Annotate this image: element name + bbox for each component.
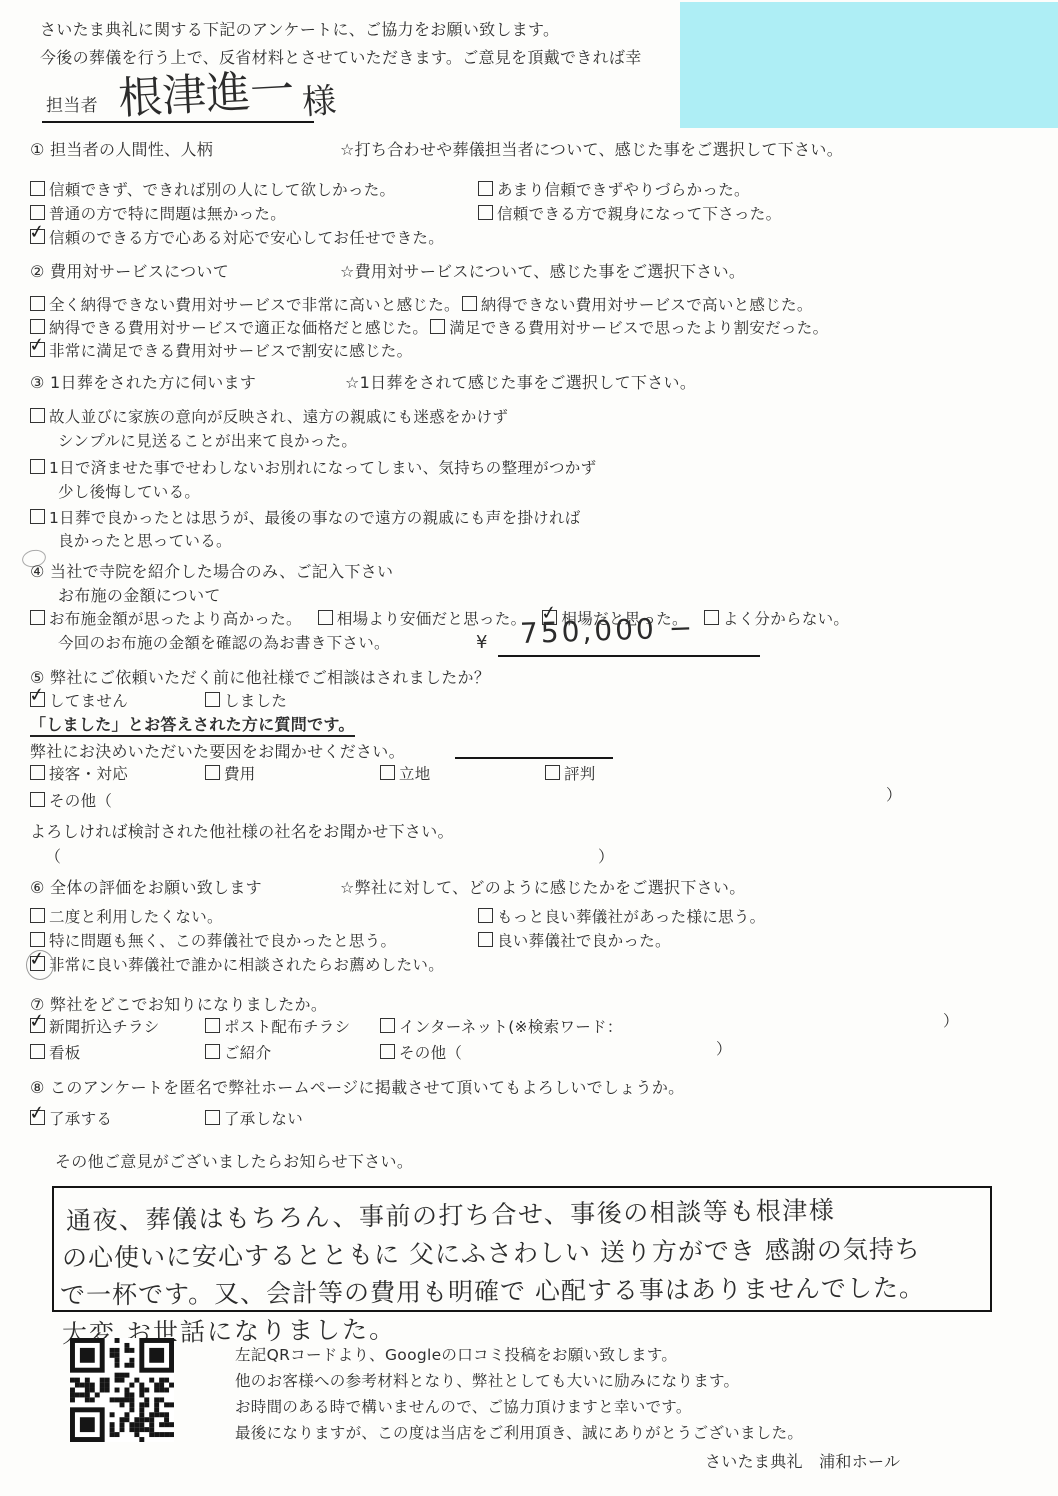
q3-title: 1日葬をされた方に伺います bbox=[50, 373, 256, 392]
checkbox-q3-opt2[interactable] bbox=[30, 459, 45, 474]
checkbox-q7-opt2[interactable] bbox=[205, 1018, 220, 1033]
checkbox-q8-no[interactable] bbox=[205, 1110, 220, 1125]
footer-line-2: 他のお客様への参考材料となり、弊社としても大いに励みになります。 bbox=[235, 1372, 739, 1391]
checkbox-q7-opt1-checked[interactable] bbox=[30, 1018, 45, 1033]
q6-instruction: ☆弊社に対して、どのように感じたかをご選択下さい。 bbox=[340, 878, 746, 897]
q5-company-label: よろしければ検討された他社様の社名をお聞かせ下さい。 bbox=[30, 822, 454, 841]
q6-option-2: もっと良い葬儀社があった様に思う。 bbox=[478, 908, 765, 927]
q5-reason-1: 接客・対応 bbox=[30, 765, 128, 784]
option-label: 普通の方で特に問題は無かった。 bbox=[49, 205, 286, 223]
checkbox-q4-opt2[interactable] bbox=[318, 610, 333, 625]
q3-option-1-line-2: シンプルに見送ることが出来て良かった。 bbox=[58, 432, 357, 451]
q4-number: ④ bbox=[30, 562, 45, 581]
q5-company-close-paren: ） bbox=[598, 847, 614, 866]
checkbox-q5-reason1[interactable] bbox=[30, 765, 45, 780]
checkbox-q1-opt4[interactable] bbox=[478, 205, 493, 220]
q2-options-row-1: 全く納得できない費用対サービスで非常に高いと感じた。納得できない費用対サービスで… bbox=[30, 296, 813, 315]
q8-option-yes: 了承する bbox=[30, 1110, 112, 1129]
q6-option-4: 良い葬儀社で良かった。 bbox=[478, 932, 671, 951]
option-label: 信頼できる方で親身になって下さった。 bbox=[497, 205, 781, 223]
q5-reason-3: 立地 bbox=[380, 765, 431, 784]
manager-label: 担当者 bbox=[46, 96, 98, 116]
free-comment-prompt: その他ご意見がございましたらお知らせ下さい。 bbox=[55, 1152, 413, 1171]
intro-line-1: さいたま典礼に関する下記のアンケートに、ご協力をお願い致します。 bbox=[40, 20, 559, 39]
checkbox-q5-no-checked[interactable] bbox=[30, 692, 45, 707]
checkbox-q6-opt3[interactable] bbox=[30, 932, 45, 947]
checkbox-q2-opt5-checked[interactable] bbox=[30, 342, 45, 357]
q3-option-3-line-2: 良かったと思っている。 bbox=[58, 532, 232, 551]
q8-number: ⑧ bbox=[30, 1078, 45, 1097]
q5-reason-2: 費用 bbox=[205, 765, 256, 784]
checkbox-q5-other[interactable] bbox=[30, 792, 45, 807]
checkbox-q2-opt2[interactable] bbox=[462, 296, 477, 311]
option-label: 満足できる費用対サービスで思ったより割安だった。 bbox=[449, 319, 828, 337]
q3-instruction: ☆1日葬をされて感じた事をご選択して下さい。 bbox=[345, 373, 696, 392]
q8-title: このアンケートを匿名で弊社ホームページに掲載させて頂いてもよろしいでしょうか。 bbox=[50, 1078, 684, 1097]
q7-option-3: インターネット(※検索ワード： bbox=[380, 1018, 623, 1037]
option-label: 良い葬儀社で良かった。 bbox=[497, 932, 671, 950]
q3-option-3-line-1: 1日葬で良かったとは思うが、最後の事なので遠方の親戚にも声を掛ければ bbox=[30, 509, 581, 528]
option-label: お布施金額が思ったより高かった。 bbox=[49, 610, 302, 628]
q1-option-1: 信頼できず、できれば別の人にして欲しかった。 bbox=[30, 181, 395, 200]
q6-option-1: 二度と利用したくない。 bbox=[30, 908, 223, 927]
q1-option-3: 普通の方で特に問題は無かった。 bbox=[30, 205, 286, 224]
option-label: 看板 bbox=[49, 1044, 81, 1062]
option-label: 全く納得できない費用対サービスで非常に高いと感じた。 bbox=[49, 296, 460, 314]
amount-underline bbox=[498, 655, 760, 657]
option-label: 納得できる費用対サービスで適正な価格だと感じた。 bbox=[49, 319, 428, 337]
q5-option-yes: しました bbox=[205, 692, 287, 711]
checkbox-q6-opt2[interactable] bbox=[478, 908, 493, 923]
q7-option-3-close-paren: ） bbox=[943, 1012, 959, 1031]
option-label: 立地 bbox=[399, 765, 431, 783]
footer-line-3: お時間のある時で構いませんので、ご協力頂けますと幸いです。 bbox=[235, 1398, 692, 1417]
q7-option-2: ポスト配布チラシ bbox=[205, 1018, 350, 1037]
checkbox-q8-yes-checked[interactable] bbox=[30, 1110, 45, 1125]
q4-heading: ④ 当社で寺院を紹介した場合のみ、ご記入下さい bbox=[30, 562, 393, 581]
option-label: もっと良い葬儀社があった様に思う。 bbox=[497, 908, 765, 926]
q7-option-1: 新聞折込チラシ bbox=[30, 1018, 160, 1037]
option-label: 了承する bbox=[49, 1110, 112, 1128]
q1-heading: ① 担当者の人間性、人柄 bbox=[30, 140, 213, 159]
q2-options-row-2: 納得できる費用対サービスで適正な価格だと感じた。満足できる費用対サービスで思った… bbox=[30, 319, 828, 338]
option-label: 故人並びに家族の意向が反映され、遠方の親戚にも迷惑をかけず bbox=[49, 408, 508, 426]
option-label: 信頼できず、できれば別の人にして欲しかった。 bbox=[49, 181, 395, 199]
checkbox-q7-opt6[interactable] bbox=[380, 1044, 395, 1059]
q6-option-3: 特に問題も無く、この葬儀社で良かったと思う。 bbox=[30, 932, 396, 951]
q4-options-row: お布施金額が思ったより高かった。相場より安価だと思った。相場だと思った。よく分か… bbox=[30, 610, 849, 629]
option-label: 1日で済ませた事でせわしないお別れになってしまい、気持ちの整理がつかず bbox=[49, 459, 596, 477]
q2-instruction: ☆費用対サービスについて、感じた事をご選択下さい。 bbox=[340, 262, 745, 281]
checkbox-q3-opt3[interactable] bbox=[30, 509, 45, 524]
q5-reason-label: 弊社にお決めいただいた要因をお聞かせください。 bbox=[30, 742, 405, 761]
footer-line-4: 最後になりますが、この度は当店をご利用頂き、誠にありがとうございました。 bbox=[235, 1424, 803, 1443]
checkbox-q2-opt4[interactable] bbox=[430, 319, 445, 334]
option-label: 納得できない費用対サービスで高いと感じた。 bbox=[481, 296, 813, 314]
checkbox-q7-opt3[interactable] bbox=[380, 1018, 395, 1033]
checkbox-q1-opt3[interactable] bbox=[30, 205, 45, 220]
q1-title: 担当者の人間性、人柄 bbox=[50, 140, 213, 159]
q7-option-6: その他（ bbox=[380, 1044, 462, 1063]
checkbox-q5-reason2[interactable] bbox=[205, 765, 220, 780]
q1-option-2: あまり信頼できずやりづらかった。 bbox=[478, 181, 750, 200]
qr-code bbox=[66, 1338, 178, 1442]
q7-option-6-close-paren: ） bbox=[716, 1040, 732, 1059]
option-label: してません bbox=[49, 692, 128, 710]
q2-number: ② bbox=[30, 262, 45, 281]
footer-line-1: 左記QRコードより、Googleの口コミ投稿をお願い致します。 bbox=[235, 1346, 677, 1365]
q5-followup-note: 「しました」とお答えされた方に質問です。 bbox=[30, 715, 355, 737]
checkbox-q5-yes[interactable] bbox=[205, 692, 220, 707]
yen-sign: ¥ bbox=[476, 632, 488, 654]
q5-heading: ⑤ 弊社にご依頼いただく前に他社様でご相談はされましたか？ bbox=[30, 668, 490, 687]
checkbox-q2-opt3[interactable] bbox=[30, 319, 45, 334]
q2-heading: ② 費用対サービスについて bbox=[30, 262, 229, 281]
option-label: しました bbox=[224, 692, 287, 710]
option-label: 新聞折込チラシ bbox=[49, 1018, 160, 1036]
checkbox-q6-opt1[interactable] bbox=[30, 908, 45, 923]
q3-number: ③ bbox=[30, 373, 45, 392]
option-label: ポスト配布チラシ bbox=[224, 1018, 350, 1036]
q5-blank-line bbox=[455, 757, 613, 759]
q6-title: 全体の評価をお願い致します bbox=[50, 878, 262, 897]
q5-option-no: してません bbox=[30, 692, 128, 711]
checkbox-q7-opt4[interactable] bbox=[30, 1044, 45, 1059]
q4-amount-label: 今回のお布施の金額を確認の為お書き下さい。 bbox=[58, 634, 390, 653]
q6-heading: ⑥ 全体の評価をお願い致します bbox=[30, 878, 262, 897]
q3-option-1-line-1: 故人並びに家族の意向が反映され、遠方の親戚にも迷惑をかけず bbox=[30, 408, 508, 427]
q3-option-2-line-1: 1日で済ませた事でせわしないお別れになってしまい、気持ちの整理がつかず bbox=[30, 459, 596, 478]
q1-instruction: ☆打ち合わせや葬儀担当者について、感じた事をご選択して下さい。 bbox=[340, 140, 843, 159]
option-label: あまり信頼できずやりづらかった。 bbox=[497, 181, 750, 199]
q1-option-4: 信頼できる方で親身になって下さった。 bbox=[478, 205, 781, 224]
q3-heading: ③ 1日葬をされた方に伺います bbox=[30, 373, 256, 392]
checkbox-q7-opt5[interactable] bbox=[205, 1044, 220, 1059]
q5-company-open-paren: （ bbox=[45, 847, 61, 866]
checkbox-q4-opt1[interactable] bbox=[30, 610, 45, 625]
q5-reason-other-close-paren: ） bbox=[886, 786, 902, 805]
option-label: その他（ bbox=[399, 1044, 462, 1062]
q4-title: 当社で寺院を紹介した場合のみ、ご記入下さい bbox=[50, 562, 393, 581]
option-label: 評判 bbox=[564, 765, 596, 783]
q5-title: 弊社にご依頼いただく前に他社様でご相談はされましたか？ bbox=[50, 668, 490, 687]
option-label: インターネット(※検索ワード： bbox=[399, 1018, 623, 1036]
q4-subtitle: お布施の金額について bbox=[58, 586, 221, 605]
option-label: 相場より安価だと思った。 bbox=[337, 610, 527, 628]
q8-option-no: 了承しない bbox=[205, 1110, 303, 1129]
q2-title: 費用対サービスについて bbox=[50, 262, 229, 281]
q7-option-4: 看板 bbox=[30, 1044, 81, 1063]
q8-heading: ⑧ このアンケートを匿名で弊社ホームページに掲載させて頂いてもよろしいでしょうか… bbox=[30, 1078, 684, 1097]
amount-handwritten: 750,000 − bbox=[519, 611, 695, 650]
q5-reason-4: 評判 bbox=[545, 765, 596, 784]
option-label: 特に問題も無く、この葬儀社で良かったと思う。 bbox=[49, 932, 396, 950]
scan-artifact-circle bbox=[26, 950, 54, 980]
option-label: 非常に満足できる費用対サービスで割安に感じた。 bbox=[49, 342, 412, 360]
option-label: 費用 bbox=[224, 765, 256, 783]
checkbox-q1-opt2[interactable] bbox=[478, 181, 493, 196]
comment-line-3: で一杯です。又、会計等の費用も明確で 心配する事はありませんでした。 bbox=[60, 1268, 925, 1312]
option-label: その他（ bbox=[49, 792, 112, 810]
option-label: 1日葬で良かったとは思うが、最後の事なので遠方の親戚にも声を掛ければ bbox=[49, 509, 581, 527]
manager-honorific-handwritten: 様 bbox=[300, 73, 337, 124]
checkbox-q5-reason4[interactable] bbox=[545, 765, 560, 780]
q5-reason-other: その他（ bbox=[30, 792, 112, 811]
option-label: 非常に良い葬儀社で誰かに相談されたらお薦めしたい。 bbox=[49, 956, 444, 974]
q7-heading: ⑦ 弊社をどこでお知りになりましたか。 bbox=[30, 995, 327, 1014]
checkbox-q6-opt4[interactable] bbox=[478, 932, 493, 947]
checkbox-q4-opt4[interactable] bbox=[704, 610, 719, 625]
option-label: 了承しない bbox=[224, 1110, 303, 1128]
manager-name-handwritten: 根津進一 bbox=[116, 53, 295, 126]
checkbox-q1-opt5-checked[interactable] bbox=[30, 229, 45, 244]
checkbox-q2-opt1[interactable] bbox=[30, 296, 45, 311]
q1-number: ① bbox=[30, 140, 45, 159]
q1-option-5: 信頼のできる方で心ある対応で安心してお任せできた。 bbox=[30, 229, 444, 248]
q7-option-5: ご紹介 bbox=[205, 1044, 271, 1063]
checkbox-q5-reason3[interactable] bbox=[380, 765, 395, 780]
option-label: 信頼のできる方で心ある対応で安心してお任せできた。 bbox=[49, 229, 444, 247]
option-label: ご紹介 bbox=[224, 1044, 271, 1062]
q6-option-5: 非常に良い葬儀社で誰かに相談されたらお薦めしたい。 bbox=[30, 956, 444, 975]
option-label: 接客・対応 bbox=[49, 765, 128, 783]
checkbox-q1-opt1[interactable] bbox=[30, 181, 45, 196]
q3-option-2-line-2: 少し後悔している。 bbox=[58, 483, 200, 502]
option-label: よく分からない。 bbox=[723, 610, 849, 628]
q2-option-5: 非常に満足できる費用対サービスで割安に感じた。 bbox=[30, 342, 412, 361]
signature: さいたま典礼 浦和ホール bbox=[705, 1452, 900, 1471]
q6-number: ⑥ bbox=[30, 878, 45, 897]
redaction-box bbox=[680, 2, 1058, 128]
q7-title: 弊社をどこでお知りになりましたか。 bbox=[50, 995, 327, 1014]
option-label: 二度と利用したくない。 bbox=[49, 908, 223, 926]
checkbox-q3-opt1[interactable] bbox=[30, 408, 45, 423]
